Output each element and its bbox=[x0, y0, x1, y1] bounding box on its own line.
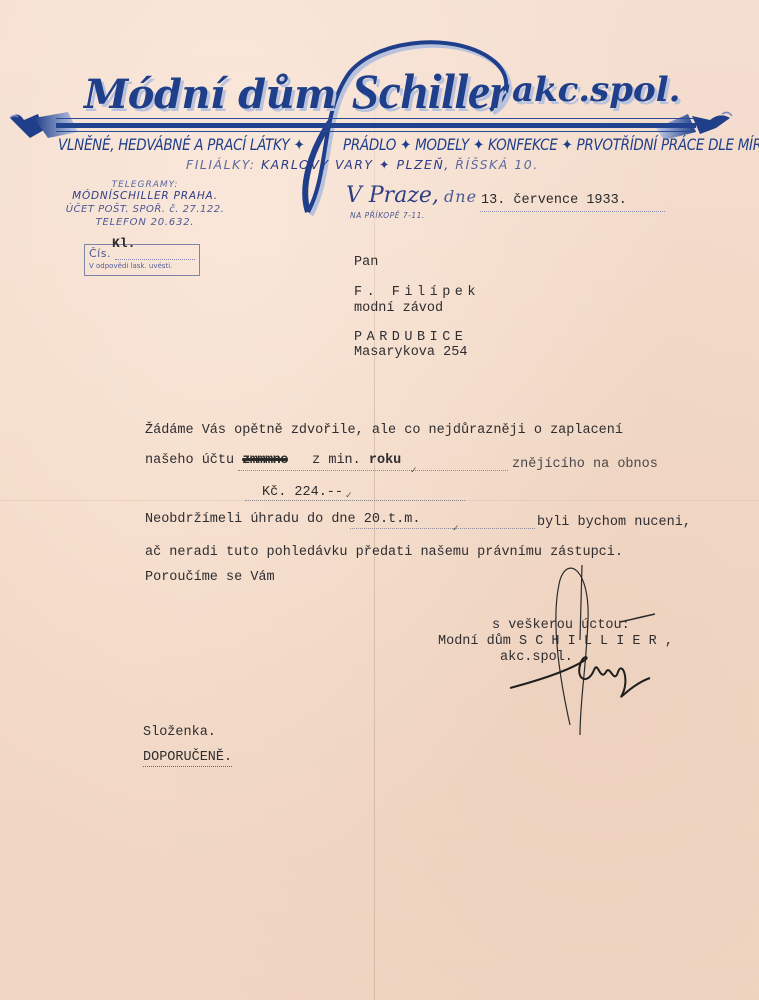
branches-label: FILIÁLKY: bbox=[186, 157, 256, 172]
body-line-4: Neobdržímeli úhradu do dne 20.t.m. bbox=[145, 512, 420, 528]
body-line-5: ač neradi tuto pohledávku předati našemu… bbox=[145, 545, 623, 561]
telegrams-label: TELEGRAMY: bbox=[60, 180, 230, 190]
amount-due: Kč. 224.-- bbox=[262, 485, 343, 501]
brand-name: Schiller bbox=[351, 63, 508, 119]
body-line-6: Poroučíme se Vám bbox=[145, 570, 275, 586]
brand-suffix: akc.spol. bbox=[512, 70, 680, 110]
deadline-fill-line bbox=[350, 528, 535, 529]
enclosure-note: Složenka. bbox=[143, 725, 216, 741]
amount-fill-line bbox=[245, 500, 465, 501]
body-line-4-end: byli bychom nuceni, bbox=[537, 515, 691, 531]
body-line-4-start: Neobdržímeli úhradu do dne bbox=[145, 512, 356, 527]
registered-mail-label: DOPORUČENĚ. bbox=[143, 750, 232, 767]
telegrams-address: MÓDNÍSCHILLER PRAHA. bbox=[60, 190, 230, 203]
reference-hint: V odpovědi lask. uvésti. bbox=[89, 262, 172, 270]
letter-date: 13. července 1933. bbox=[481, 193, 627, 208]
branches-street: ŘÍŠSKÁ 10. bbox=[455, 157, 538, 172]
letterhead-rule-thin-bottom bbox=[56, 131, 696, 132]
recipient-business: modní závod bbox=[354, 301, 443, 317]
date-fill-line bbox=[480, 211, 665, 212]
tagline-fabrics: VLNĚNÉ, HEDVÁBNÉ A PRACÍ LÁTKY ✦ bbox=[58, 136, 343, 154]
postal-savings-account: ÚČET POŠT. SPOŘ. č. 27.122. bbox=[60, 203, 230, 216]
body-line-1: Žádáme Vás opětně zdvořile, ale co nejdů… bbox=[145, 423, 623, 439]
brand-prefix: Módní dům bbox=[84, 71, 336, 118]
reference-value: Kl. bbox=[112, 236, 135, 251]
reference-label: Čís. bbox=[89, 247, 111, 260]
reference-fill-line bbox=[115, 259, 195, 260]
body-line-2-mid: z min. bbox=[312, 453, 361, 468]
brand-title: Módní dům Schiller bbox=[84, 62, 511, 120]
recipient-street: Masarykova 254 bbox=[354, 345, 467, 361]
body-line-2-end: znějícího na obnos bbox=[512, 457, 658, 473]
struck-out-word: zmmmne bbox=[242, 453, 288, 468]
date-prefix: dne bbox=[444, 187, 477, 206]
letterhead-rule-thin-top bbox=[56, 118, 696, 119]
contact-block: TELEGRAMY: MÓDNÍSCHILLER PRAHA. ÚČET POŠ… bbox=[60, 180, 230, 229]
invoice-fill-line bbox=[238, 470, 508, 471]
body-line-2: našeho účtu zmmmne z min. roku bbox=[145, 453, 401, 469]
branch-locations: FILIÁLKY: KARLOVY VARY ✦ PLZEŇ, ŘÍŠSKÁ 1… bbox=[186, 157, 539, 172]
recipient-city: PARDUBICE bbox=[354, 330, 467, 346]
payment-deadline: 20.t.m. bbox=[364, 512, 421, 527]
recipient-salutation: Pan bbox=[354, 255, 378, 271]
check-mark: ✓ bbox=[452, 524, 460, 534]
check-mark: ✓ bbox=[345, 491, 353, 501]
city-name: V Praze, bbox=[346, 183, 439, 208]
delivery-note: DOPORUČENĚ. bbox=[143, 750, 232, 766]
body-line-2-start: našeho účtu bbox=[145, 453, 234, 468]
office-address: NA PŘÍKOPĚ 7-11. bbox=[350, 211, 425, 220]
letterhead: Módní dům Schiller akc.spol. bbox=[0, 0, 759, 180]
telephone-number: TELEFON 20.632. bbox=[60, 216, 230, 229]
reference-number-box: Čís. V odpovědi lask. uvésti. bbox=[84, 244, 200, 276]
place-of-writing: V Praze, dne bbox=[346, 183, 477, 208]
branches-cities: KARLOVY VARY ✦ PLZEŇ, bbox=[261, 157, 450, 172]
recipient-name: F. Filípek bbox=[354, 285, 480, 301]
product-tagline: VLNĚNÉ, HEDVÁBNÉ A PRACÍ LÁTKY ✦PRÁDLO ✦… bbox=[58, 136, 698, 154]
handwritten-signature bbox=[510, 560, 710, 740]
tagline-services: PRÁDLO ✦ MODELY ✦ KONFEKCE ✦ PRVOTŘÍDNÍ … bbox=[343, 136, 759, 154]
body-line-2-year: roku bbox=[369, 453, 401, 468]
check-mark: ✓ bbox=[410, 466, 418, 476]
letterhead-rule-thick bbox=[56, 123, 696, 128]
